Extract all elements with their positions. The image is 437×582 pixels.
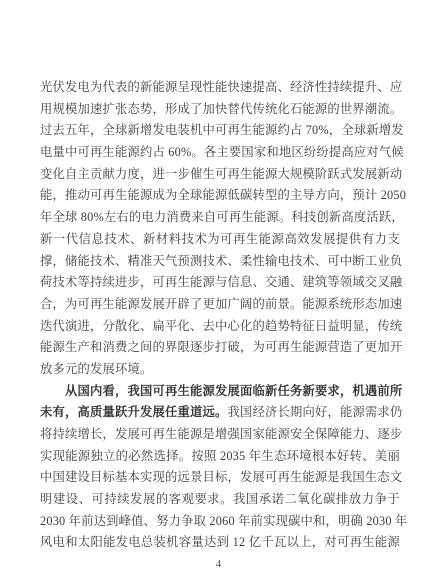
text-line: 年全球 80%左右的电力消费来自可再生能源。科技创新高度活跃，	[40, 207, 400, 229]
text-block: 光伏发电为代表的新能源呈现性能快速提高、经济性持续提升、应用规模加速扩张态势，形…	[40, 77, 400, 554]
text-run: 荷技术等持续进步，可再生能源与信息、交通、建筑等领域交叉融	[40, 275, 402, 289]
document-page: 光伏发电为代表的新能源呈现性能快速提高、经济性持续提升、应用规模加速扩张态势，形…	[0, 0, 437, 582]
text-run: 风电和太阳能发电总装机容量达到 12 亿千瓦以上，对可再生能源	[40, 535, 400, 549]
text-run: 光伏发电为代表的新能源呈现性能快速提高、经济性持续提升、应	[40, 80, 402, 94]
text-line: 风电和太阳能发电总装机容量达到 12 亿千瓦以上，对可再生能源	[40, 532, 400, 554]
text-run: 变化自主贡献力度，进一步催生可再生能源大规模阶跃式发展新动	[40, 167, 402, 181]
text-line: 变化自主贡献力度，进一步催生可再生能源大规模阶跃式发展新动	[40, 164, 400, 186]
text-line: 放多元的发展环境。	[40, 359, 400, 381]
text-line: 明建设、可持续发展的客观要求。我国承诺二氧化碳排放力争于	[40, 489, 400, 511]
text-run: 电量中可再生能源约占 60%。各主要国家和地区纷纷提高应对气候	[40, 145, 404, 159]
text-line: 将持续增长，发展可再生能源是增强国家能源安全保障能力、逐步	[40, 424, 400, 446]
page-number: 4	[216, 558, 222, 570]
text-run: 将持续增长，发展可再生能源是增强国家能源安全保障能力、逐步	[40, 427, 402, 441]
text-line: 能，推动可再生能源成为全球能源低碳转型的主导方向，预计 2050	[40, 185, 400, 207]
text-run: 合，为可再生能源发展开辟了更加广阔的前景。能源系统形态加速	[40, 297, 402, 311]
text-line: 用规模加速扩张态势，形成了加快替代传统化石能源的世界潮流。	[40, 99, 400, 121]
text-run: 年全球 80%左右的电力消费来自可再生能源。科技创新高度活跃，	[40, 210, 404, 224]
text-run: 明建设、可持续发展的客观要求。我国承诺二氧化碳排放力争于	[40, 492, 400, 506]
text-line: 过去五年，全球新增发电装机中可再生能源约占 70%，全球新增发	[40, 120, 400, 142]
text-line: 能源生产和消费之间的界限逐步打破，为可再生能源营造了更加开	[40, 337, 400, 359]
bold-text-run: 从国内看，我国可再生能源发展面临新任务新要求，机遇前所	[65, 384, 402, 398]
bold-text-run: 未有，高质量跃升发展任重道远。	[40, 405, 227, 419]
text-line: 2030 年前达到峰值、努力争取 2060 年前实现碳中和，明确 2030 年	[40, 511, 400, 533]
text-run: 能源生产和消费之间的界限逐步打破，为可再生能源营造了更加开	[40, 340, 402, 354]
text-line: 光伏发电为代表的新能源呈现性能快速提高、经济性持续提升、应	[40, 77, 400, 99]
text-run: 过去五年，全球新增发电装机中可再生能源约占 70%，全球新增发	[40, 123, 404, 137]
text-line: 荷技术等持续进步，可再生能源与信息、交通、建筑等领域交叉融	[40, 272, 400, 294]
text-line: 合，为可再生能源发展开辟了更加广阔的前景。能源系统形态加速	[40, 294, 400, 316]
text-line: 中国建设目标基本实现的远景目标，发展可再生能源是我国生态文	[40, 467, 400, 489]
text-run: 我国经济长期向好，能源需求仍	[227, 405, 402, 419]
text-run: 放多元的发展环境。	[40, 362, 152, 376]
text-line: 从国内看，我国可再生能源发展面临新任务新要求，机遇前所	[40, 381, 400, 403]
text-line: 电量中可再生能源约占 60%。各主要国家和地区纷纷提高应对气候	[40, 142, 400, 164]
text-line: 新一代信息技术、新材料技术为可再生能源高效发展提供有力支	[40, 229, 400, 251]
text-line: 实现能源独立的必然选择。按照 2035 年生态环境根本好转、美丽	[40, 446, 400, 468]
paragraph-domestic-outlook: 从国内看，我国可再生能源发展面临新任务新要求，机遇前所未有，高质量跃升发展任重道…	[40, 381, 400, 555]
text-line: 未有，高质量跃升发展任重道远。我国经济长期向好，能源需求仍	[40, 402, 400, 424]
text-run: 迭代演进，分散化、扁平化、去中心化的趋势特征日益明显，传统	[40, 319, 402, 333]
text-run: 2030 年前达到峰值、努力争取 2060 年前实现碳中和，明确 2030 年	[40, 514, 408, 528]
page-footer: 4	[0, 554, 437, 572]
text-run: 能，推动可再生能源成为全球能源低碳转型的主导方向，预计 2050	[40, 188, 406, 202]
text-run: 用规模加速扩张态势，形成了加快替代传统化石能源的世界潮流。	[40, 102, 402, 116]
paragraph-global-renewable-trends: 光伏发电为代表的新能源呈现性能快速提高、经济性持续提升、应用规模加速扩张态势，形…	[40, 77, 400, 381]
text-run: 中国建设目标基本实现的远景目标，发展可再生能源是我国生态文	[40, 470, 402, 484]
text-run: 实现能源独立的必然选择。按照 2035 年生态环境根本好转、美丽	[40, 449, 400, 463]
text-run: 新一代信息技术、新材料技术为可再生能源高效发展提供有力支	[40, 232, 400, 246]
text-run: 撑，储能技术、精准天气预测技术、柔性输电技术、可中断工业负	[40, 254, 402, 268]
text-line: 迭代演进，分散化、扁平化、去中心化的趋势特征日益明显，传统	[40, 316, 400, 338]
text-line: 撑，储能技术、精准天气预测技术、柔性输电技术、可中断工业负	[40, 251, 400, 273]
